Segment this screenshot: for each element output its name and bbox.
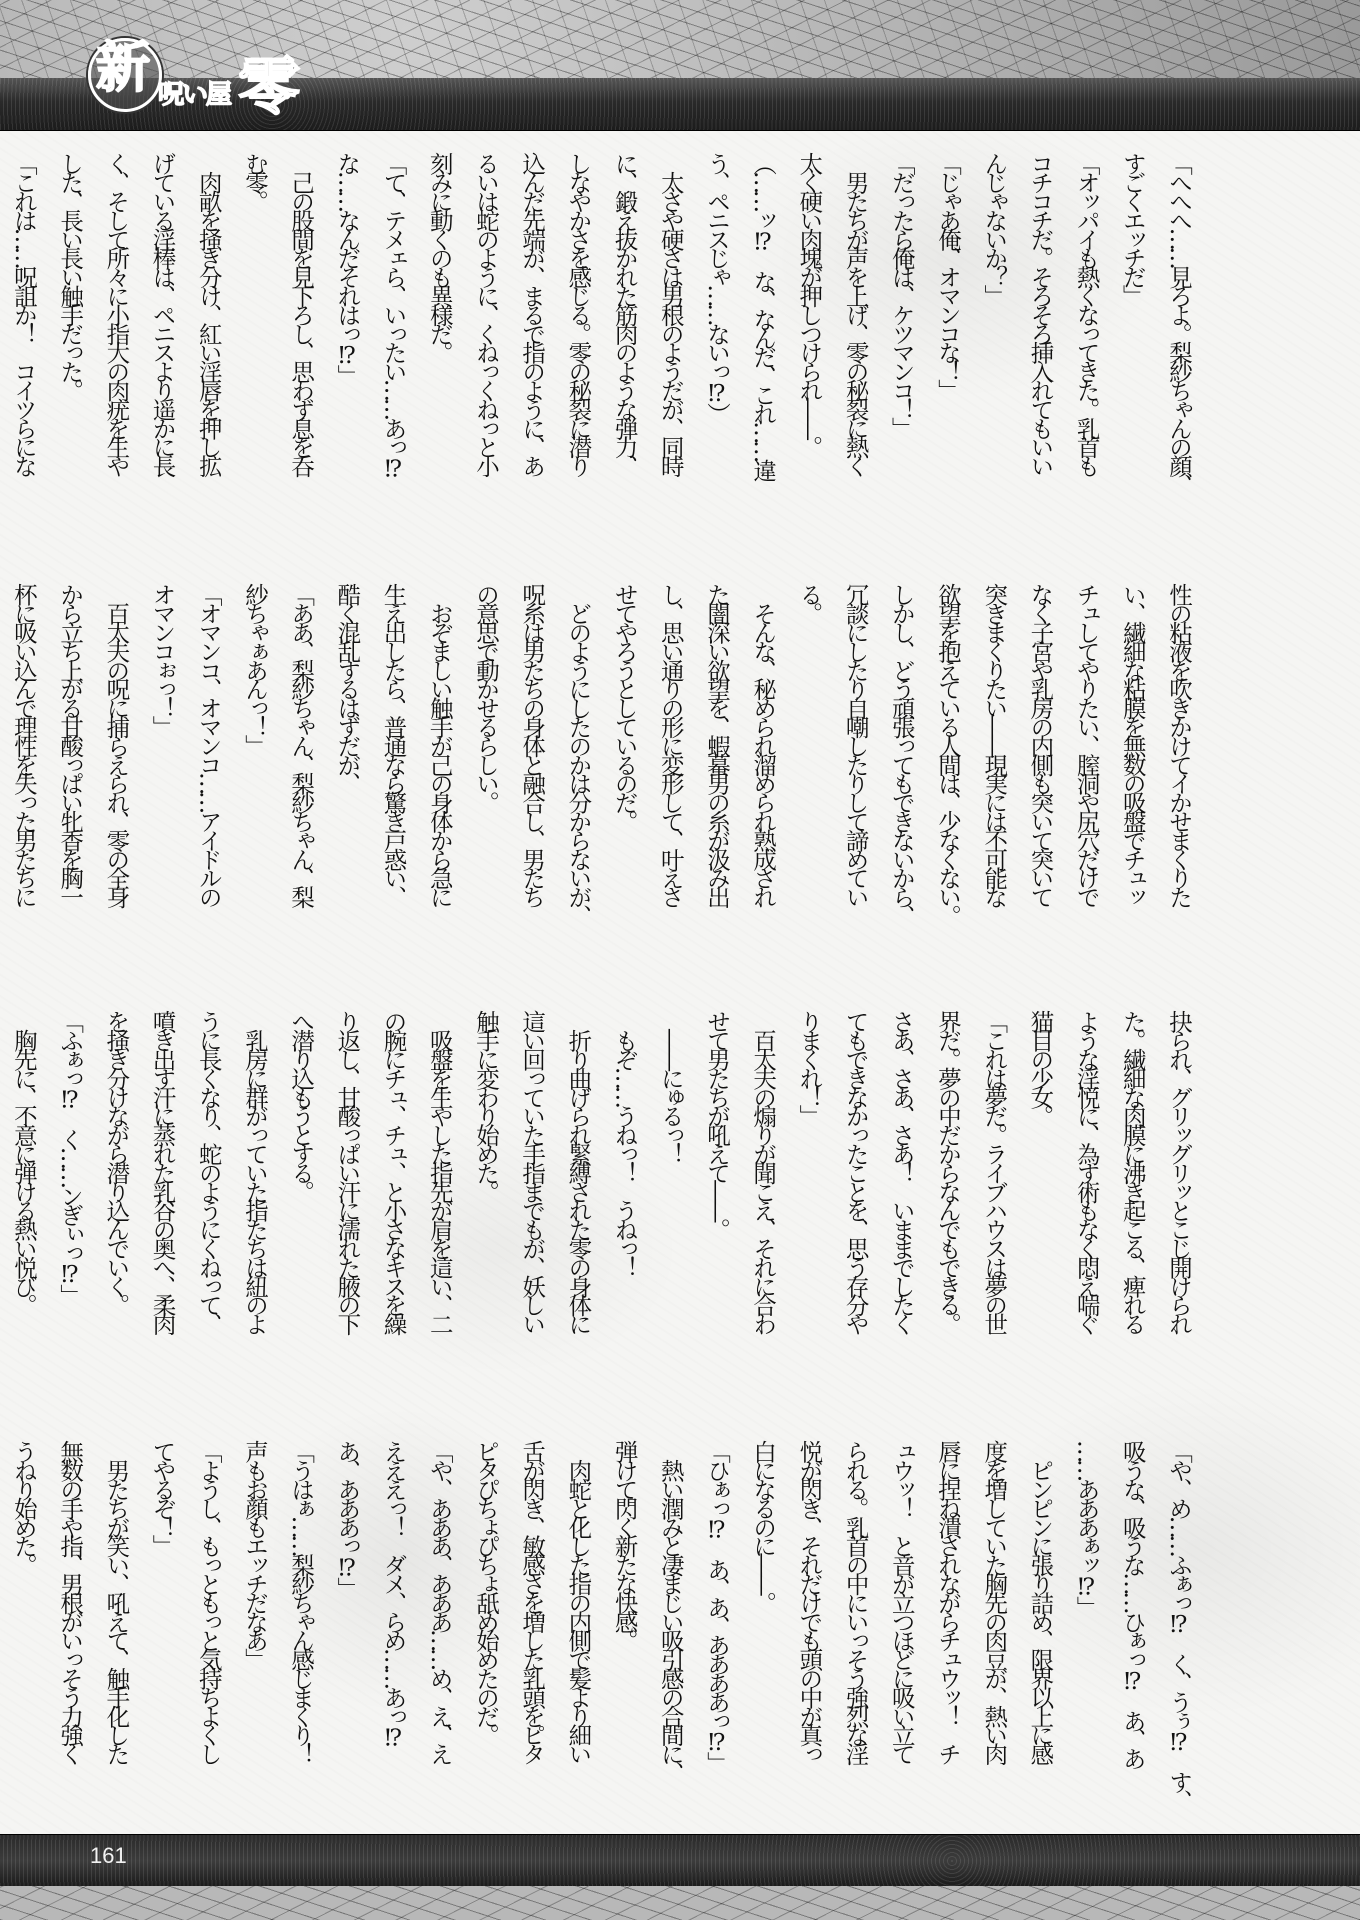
text-column: 白になるのに――。 <box>740 1440 786 1850</box>
text-column: ……あああぁッ⁉」 <box>1063 1440 1109 1850</box>
text-column: 界だ。夢の中だからなんでもできる。 <box>925 1010 971 1420</box>
text-column: 「じゃあ俺、オマンコな！」 <box>925 152 971 562</box>
text-column: にをした、百太夫ッ⁉」 <box>0 152 1 562</box>
text-column: しなやかさを感じる。零の秘裂に潜り <box>555 152 601 562</box>
text-column: な……なんだそれはっ⁉」 <box>324 152 370 562</box>
text-column: 声もお顔もエッチだなあ」 <box>232 1440 278 1850</box>
text-column: 男たちが笑い、吼えて、触手化した <box>93 1440 139 1850</box>
text-column: るいは蛇のように、くねっくねっと小 <box>463 152 509 562</box>
text-column: 「これは……呪詛か！ コイツらにな <box>1 152 47 562</box>
text-column: く、そして所々に小指大の肉疣を生や <box>93 152 139 562</box>
text-tier-2: 性の粘液を吹きかけてイかせまくりたい、繊細な粘膜を無数の吸盤でチュッチュしてやり… <box>92 583 1202 993</box>
text-column: した、長い長い触手だった。 <box>47 152 93 562</box>
title-logo: 新 呪い屋 零 <box>88 36 308 146</box>
logo-kanji-new: 新 <box>96 40 150 94</box>
text-column: 唇に捏ね潰されながらチュウッ！ チ <box>925 1440 971 1850</box>
text-column: なく子宮や乳房の内側も突いて突いて <box>1017 583 1063 993</box>
text-column: ピタぴちょぴちょ舐め始めたのだ。 <box>463 1440 509 1850</box>
text-column: 「オマンコ、オマンコ……アイドルの <box>186 583 232 993</box>
text-column: さあ、さあ、さあ！ いままでしたく <box>879 1010 925 1420</box>
text-column: 生え出したら、普通なら驚き戸惑い、 <box>370 583 416 993</box>
text-column: 乳房に群がっていた指たちは紐のよ <box>232 1010 278 1420</box>
text-column: 「ようし、もっともっと気持ちよくし <box>186 1440 232 1850</box>
text-column: 這い回っていた手指までもが、妖しい <box>509 1010 555 1420</box>
text-column: た。繊細な肉膜に沸き起こる、痺れる <box>1110 1010 1156 1420</box>
text-column: うねり始めた。 <box>1 1440 47 1850</box>
text-column: 酷く混乱するはずだが、 <box>324 583 370 993</box>
page-number: 161 <box>90 1843 127 1869</box>
text-column: どのようにしたのかは分からないが、 <box>555 583 601 993</box>
text-column: り返し、甘酸っぱい汗に濡れた腋の下 <box>324 1010 370 1420</box>
text-column: 「て、テメェら、いったい……あっ⁉ <box>370 152 416 562</box>
text-column: 吸盤を生やした指先が肩を這い、二 <box>417 1010 463 1420</box>
text-column: コチコチだ。そろそろ挿入れてもいい <box>1017 152 1063 562</box>
text-column: 猫目の少女。 <box>1017 1010 1063 1420</box>
text-column: 「や、め……ふぁっ⁉ く、うぅ⁉ す、 <box>1156 1440 1202 1850</box>
text-column: 「だったら俺は、ケツマンコ！」 <box>879 152 925 562</box>
text-column: た闇深い欲望を、蝦蟇男の糸が汲み出 <box>694 583 740 993</box>
text-column: 舌が閃き、敏感さを増した乳頭をピタ <box>509 1440 555 1850</box>
text-column: 己の股間を見下ろし、思わず息を呑 <box>278 152 324 562</box>
text-column: 「ひぁっ⁉ あ、あ、ああああっ⁉」 <box>694 1440 740 1850</box>
text-column: ピンピンに張り詰め、限界以上に感 <box>1017 1440 1063 1850</box>
text-column: ような淫悦に、為す術もなく悶え喘ぐ <box>1063 1010 1109 1420</box>
text-tier-3: 抉られ、グリッグリッとこじ開けられた。繊細な肉膜に沸き起こる、痺れるような淫悦に… <box>92 1010 1202 1420</box>
text-column: 「うはぁ……梨紗ちゃん感じまくり！ <box>278 1440 324 1850</box>
text-column: 触手に変わり始めた。 <box>463 1010 509 1420</box>
text-column: そんな、秘められ溜められ熟成され <box>740 583 786 993</box>
text-column: 「へへへ……見ろよ。梨紗ちゃんの顔、 <box>1156 152 1202 562</box>
text-column: 悦が閃き、それだけでも頭の中が真っ <box>786 1440 832 1850</box>
text-column: 紗ちゃぁあんっ！」 <box>232 583 278 993</box>
text-column: 杯に吸い込んで理性を失った男たちに <box>1 583 47 993</box>
text-column: 込んだ先端が、まるで指のように、あ <box>509 152 555 562</box>
text-column: 「ふぁっ⁉ く……ンぎぃっ⁉」 <box>47 1010 93 1420</box>
text-column: 突きまくりたい――現実には不可能な <box>971 583 1017 993</box>
text-column: せてやろうとしているのだ。 <box>601 583 647 993</box>
text-column: チュしてやりたい、膣洞や尻穴だけで <box>1063 583 1109 993</box>
text-column: てやるぞ！」 <box>139 1440 185 1850</box>
logo-text-noroiya: 呪い屋 <box>158 74 230 111</box>
text-column: は、なんの迷いもなかった。滾る淫欲 <box>0 583 1 993</box>
text-column: 噴き出す汗に蒸れた乳谷の奥へ、柔肉 <box>139 1010 185 1420</box>
text-column: しかし、どう頑張ってもできないから、 <box>879 583 925 993</box>
text-column: 緊縛する呪縄に負けじと零の腕や脚 <box>0 1440 1 1850</box>
text-column: の腕にチュ、チュ、と小さなキスを繰 <box>370 1010 416 1420</box>
text-column: 百太夫の煽りが聞こえ、それに合わ <box>740 1010 786 1420</box>
text-column: ュウッ！ と音が立つほどに吸い立て <box>879 1440 925 1850</box>
text-column: 快感に蕩けた目を懸命に開き、法悦 <box>0 1010 1 1420</box>
text-column: る。 <box>786 583 832 993</box>
text-column: 無数の手や指、男根がいっそう力強く <box>47 1440 93 1850</box>
text-tier-1: 「へへへ……見ろよ。梨紗ちゃんの顔、すごくエッチだ」「オッパイも熱くなってきた。… <box>92 152 1202 562</box>
text-column: すごくエッチだ」 <box>1110 152 1156 562</box>
text-column: てもできなかったことを、思う存分や <box>832 1010 878 1420</box>
text-column: 度を増していた胸先の肉豆が、熱い肉 <box>971 1440 1017 1850</box>
text-column: 折り曲げられ緊縛された零の身体に <box>555 1010 601 1420</box>
text-column: 熱い潤みと凄まじい吸引感の合間に、 <box>648 1440 694 1850</box>
text-column: ――にゅるっ！ <box>648 1010 694 1420</box>
text-column: 胸先に、不意に弾ける熱い悦び。 <box>1 1010 47 1420</box>
text-column: へ潜り込もうとする。 <box>278 1010 324 1420</box>
text-column: げている淫棒は、ペニスより遥かに長 <box>139 152 185 562</box>
text-column: 弾けて閃く新たな快感。 <box>601 1440 647 1850</box>
text-column: 性の粘液を吹きかけてイかせまくりた <box>1156 583 1202 993</box>
text-column: 男たちが声を上げ、零の秘裂に熱く <box>832 152 878 562</box>
text-column: 抉られ、グリッグリッとこじ開けられ <box>1156 1010 1202 1420</box>
text-column: あ、あああっ⁉」 <box>324 1440 370 1850</box>
text-column: もぞ……うねっ！ うねっ！ <box>601 1010 647 1420</box>
text-column: 「ああ、梨紗ちゃん、梨紗ちゃん、梨 <box>278 583 324 993</box>
text-column: い、繊細な粘膜を無数の吸盤でチュッ <box>1110 583 1156 993</box>
text-column: 呪糸は男たちの身体と融合し、男たち <box>509 583 555 993</box>
text-column: えええっ！ ダメ、らめ……あっ⁉ <box>370 1440 416 1850</box>
text-column: うに長くなり、蛇のようにくねって、 <box>186 1010 232 1420</box>
text-column: の意思で動かせるらしい。 <box>463 583 509 993</box>
text-column: 「オッパイも熱くなってきた。乳首も <box>1063 152 1109 562</box>
text-column: う、ペニスじゃ……ないっ⁉） <box>694 152 740 562</box>
text-column: おぞましい触手が己の身体から急に <box>417 583 463 993</box>
text-column: 太さや硬さは男根のようだが、同時 <box>648 152 694 562</box>
text-column: 冗談にしたり自嘲したりして諦めてい <box>832 583 878 993</box>
text-column: せて男たちが吼えて――。 <box>694 1010 740 1420</box>
footer-band <box>0 1834 1360 1887</box>
text-column: 肉蛇と化した指の内側で髪より細い <box>555 1440 601 1850</box>
text-column: 吸うな、吸うな……ひぁっ⁉ あ、あ <box>1110 1440 1156 1850</box>
text-column: んじゃないか？」 <box>971 152 1017 562</box>
text-column: し、思い通りの形に変形して、叶えさ <box>648 583 694 993</box>
text-column: 肉畝を掻き分け、紅い淫唇を押し拡 <box>186 152 232 562</box>
text-column: む零。 <box>232 152 278 562</box>
logo-kanji-zero: 零 <box>238 56 300 118</box>
text-column: 「や、あああ、あああ……め、え、え <box>417 1440 463 1850</box>
text-column: （……ッ⁉ な、なんだ、これ……違 <box>740 152 786 562</box>
text-column: 太く硬い肉塊が押しつけられ――。 <box>786 152 832 562</box>
text-column: を掻き分けながら潜り込んでいく。 <box>93 1010 139 1420</box>
text-column: りまくれ！」 <box>786 1010 832 1420</box>
text-column: 欲望を抱えている人間は、少なくない。 <box>925 583 971 993</box>
text-column: 刻みに動くのも異様だ。 <box>417 152 463 562</box>
text-column: オマンコぉっ！」 <box>139 583 185 993</box>
text-tier-4: 「や、め……ふぁっ⁉ く、うぅ⁉ す、吸うな、吸うな……ひぁっ⁉ あ、あ……ああ… <box>92 1440 1202 1850</box>
text-column: 百太夫の呪に捕らえられ、零の全身 <box>93 583 139 993</box>
text-column: られる。乳首の中にいっそう強烈な淫 <box>832 1440 878 1850</box>
text-column: 「これは夢だ。ライブハウスは夢の世 <box>971 1010 1017 1420</box>
text-column: に、鍛え抜かれた筋肉のような弾力、 <box>601 152 647 562</box>
text-column: から立ち上がる甘酸っぱい牝香を胸一 <box>47 583 93 993</box>
footer-texture <box>0 1886 1360 1920</box>
